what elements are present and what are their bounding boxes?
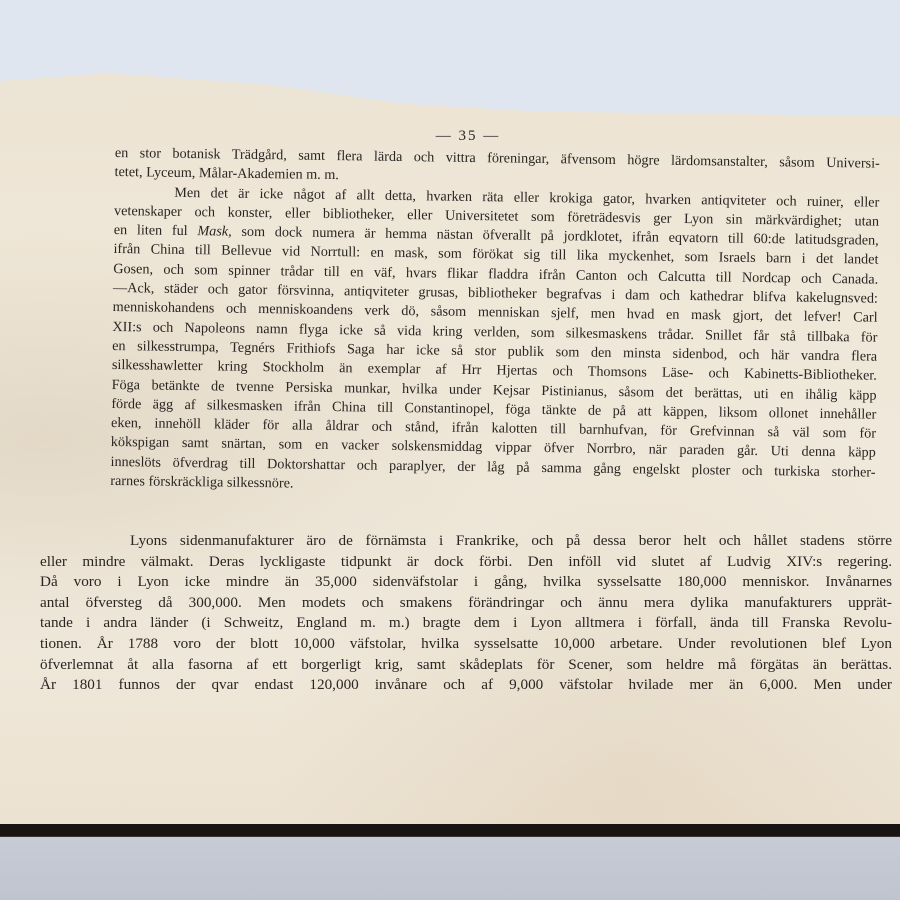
text-line: öfverlemnat åt alla fasorna af ett borge… xyxy=(40,655,892,676)
text-line: Lyons sidenmanufakturer äro de förnämsta… xyxy=(40,531,892,552)
italic-word: Mask xyxy=(197,223,228,239)
text-line: eller mindre välmakt. Deras lyckligaste … xyxy=(40,552,892,573)
text-line: tande i andra länder (i Schweitz, Englan… xyxy=(40,613,892,634)
paragraph-1: en stor botanisk Trädgård, samt flera lä… xyxy=(110,144,880,502)
page-number: — 35 — xyxy=(428,128,508,145)
text-line: tionen. År 1788 voro der blott 10,000 vä… xyxy=(40,634,892,655)
text-line: Då voro i Lyon icke mindre än 35,000 sid… xyxy=(40,572,892,593)
book-cover-edge xyxy=(0,824,900,837)
table-surface xyxy=(0,830,900,900)
text-line: År 1801 funnos der qvar endast 120,000 i… xyxy=(40,675,892,696)
text-line: antal öfversteg då 300,000. Men modets o… xyxy=(40,593,892,614)
paragraph-2: Lyons sidenmanufakturer äro de förnämsta… xyxy=(40,531,892,696)
